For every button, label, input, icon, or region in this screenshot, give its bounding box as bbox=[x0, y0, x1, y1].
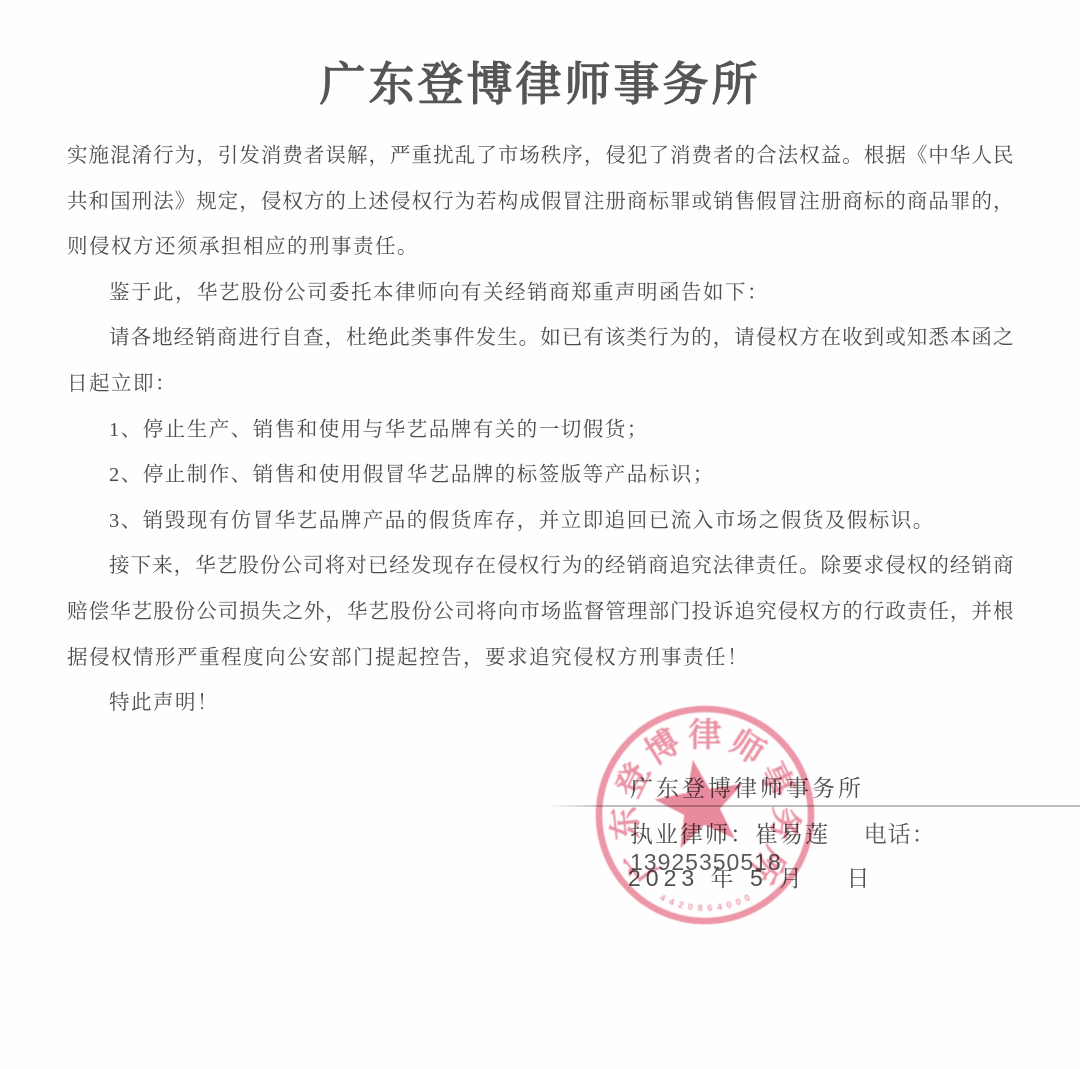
seal-char: 8 bbox=[697, 903, 703, 913]
document-body: 实施混淆行为，引发消费者误解，严重扰乱了市场秩序，侵犯了消费者的合法权益。根据《… bbox=[67, 134, 1014, 727]
document-title: 广东登博律师事务所 bbox=[0, 48, 1080, 114]
scanned-document: 广东登博律师事务所 实施混淆行为，引发消费者误解，严重扰乱了市场秩序，侵犯了消费… bbox=[0, 0, 1080, 1069]
seal-char: 0 bbox=[743, 892, 752, 903]
seal-char: 4 bbox=[668, 896, 676, 907]
seal-char: 4 bbox=[716, 902, 723, 913]
law-firm-seal-stamp: 广东登博律师事务所4420864000 bbox=[592, 702, 818, 928]
body-line: 接下来，华艺股份公司将对已经发现存在侵权行为的经销商追究法律责任。除要求侵权的经… bbox=[67, 544, 1014, 590]
signature-date: 2023 年 5 月 日 bbox=[628, 860, 875, 893]
seal-char: 0 bbox=[687, 902, 694, 913]
body-line: 据侵权情形严重程度向公安部门提起控告，要求追究侵权方刑事责任！ bbox=[67, 636, 1014, 682]
seal-char: 博 bbox=[639, 723, 687, 772]
body-line: 赔偿华艺股份公司损失之外，华艺股份公司将向市场监督管理部门投诉追究侵权方的行政责… bbox=[67, 590, 1014, 636]
signature-lawyer: 执业律师：崔易莲 bbox=[630, 822, 830, 847]
signature-firm-name: 广东登博律师事务所 bbox=[630, 770, 864, 803]
scan-fold-line bbox=[545, 805, 1080, 807]
body-line: 实施混淆行为，引发消费者误解，严重扰乱了市场秩序，侵犯了消费者的合法权益。根据《… bbox=[67, 134, 1014, 180]
seal-char: 师 bbox=[723, 723, 771, 772]
body-line: 共和国刑法》规定，侵权方的上述侵权行为若构成假冒注册商标罪或销售假冒注册商标的商… bbox=[67, 180, 1014, 226]
seal-char: 0 bbox=[725, 899, 732, 910]
body-line: 则侵权方还须承担相应的刑事责任。 bbox=[67, 225, 1014, 271]
body-line-item-1: 1、停止生产、销售和使用与华艺品牌有关的一切假货； bbox=[67, 408, 1014, 454]
seal-char: 0 bbox=[734, 896, 742, 907]
body-line-declaration: 特此声明！ bbox=[67, 681, 1014, 727]
body-line: 鉴于此，华艺股份公司委托本律师向有关经销商郑重声明函告如下： bbox=[67, 271, 1014, 317]
seal-char: 2 bbox=[677, 899, 684, 910]
body-line: 日起立即： bbox=[67, 362, 1014, 408]
body-line-item-2: 2、停止制作、销售和使用假冒华艺品牌的标签版等产品标识； bbox=[67, 453, 1014, 499]
seal-char: 4 bbox=[658, 892, 667, 903]
seal-char: 6 bbox=[707, 903, 713, 913]
body-line: 请各地经销商进行自查，杜绝此类事件发生。如已有该类行为的，请侵权方在收到或知悉本… bbox=[67, 316, 1014, 362]
body-line-item-3: 3、销毁现有仿冒华艺品牌产品的假货库存，并立即追回已流入市场之假货及假标识。 bbox=[67, 499, 1014, 545]
